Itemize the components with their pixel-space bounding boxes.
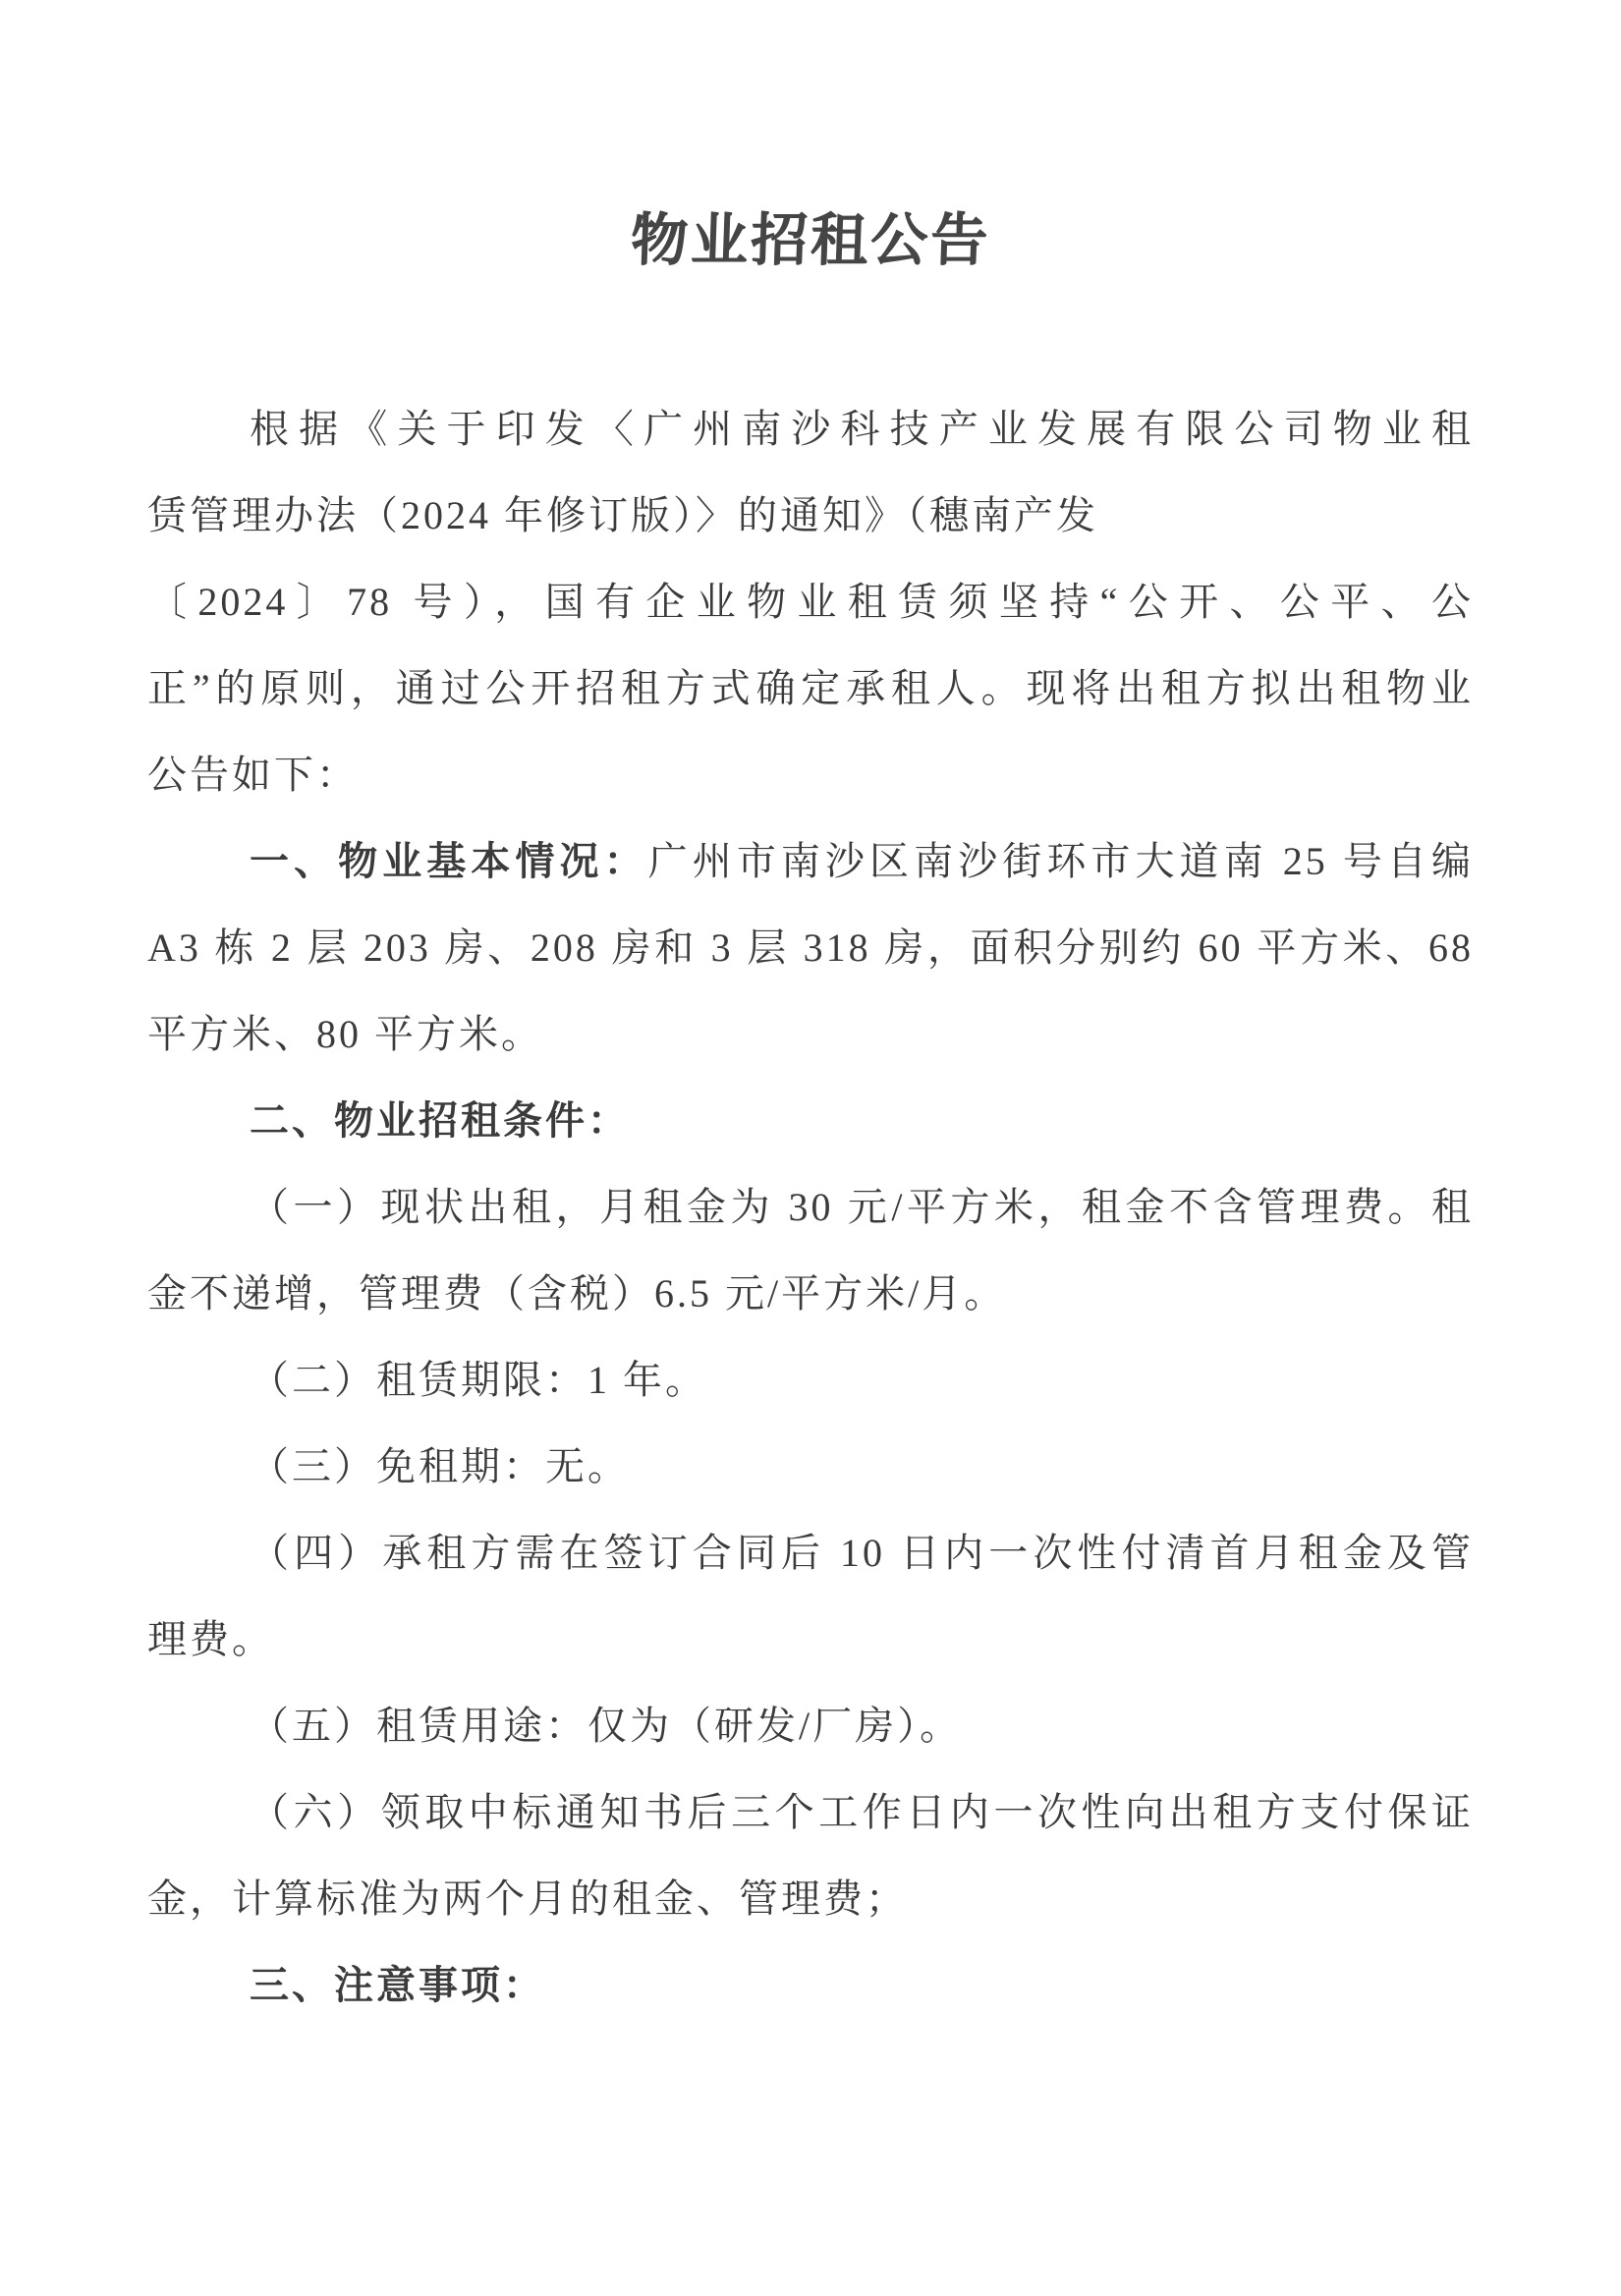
text-line: （四）承租方需在签订合同后 10 日内一次性付清首月租金及管	[147, 1510, 1474, 1596]
bold-text-segment: 三、注意事项：	[250, 1963, 545, 2007]
text-segment: 理费。	[147, 1617, 274, 1661]
text-segment: 金，计算标准为两个月的租金、管理费；	[147, 1876, 908, 1921]
text-segment: （三）免租期：无。	[250, 1444, 630, 1488]
text-line: （五）租赁用途：仅为（研发/厂房）。	[147, 1683, 1474, 1769]
text-line: 二、物业招租条件：	[147, 1078, 1474, 1164]
text-segment: （一）现状出租，月租金为 30 元/平方米，租金不含管理费。租	[250, 1185, 1474, 1229]
text-line: （一）现状出租，月租金为 30 元/平方米，租金不含管理费。租	[147, 1164, 1474, 1251]
bold-text-segment: 二、物业招租条件：	[250, 1098, 630, 1143]
text-line: 平方米、80 平方米。	[147, 991, 1474, 1078]
text-segment: 平方米、80 平方米。	[147, 1012, 543, 1056]
text-segment: （六）领取中标通知书后三个工作日内一次性向出租方支付保证	[250, 1790, 1474, 1834]
text-segment: 正”的原则，通过公开招租方式确定承租人。现将出租方拟出租物业	[147, 666, 1474, 710]
text-line: 三、注意事项：	[147, 1942, 1474, 2029]
text-segment: 〔2024〕78 号），国有企业物业租赁须坚持“公开、公平、公	[147, 580, 1474, 624]
text-line: A3 栋 2 层 203 房、208 房和 3 层 318 房，面积分别约 60…	[147, 905, 1474, 991]
text-line: 金不递增，管理费（含税）6.5 元/平方米/月。	[147, 1251, 1474, 1337]
text-line: 公告如下：	[147, 732, 1474, 818]
bold-text-segment: 一、物业基本情况：	[250, 839, 648, 883]
text-segment: （五）租赁用途：仅为（研发/厂房）。	[250, 1704, 962, 1748]
text-line: 一、物业基本情况：广州市南沙区南沙街环市大道南 25 号自编	[147, 818, 1474, 905]
text-segment: 赁管理办法（2024 年修订版）〉的通知》（穗南产发	[147, 493, 1098, 537]
document-page: 物业招租公告 根据《关于印发〈广州南沙科技产业发展有限公司物业租赁管理办法（20…	[0, 0, 1621, 2296]
text-segment: 根据《关于印发〈广州南沙科技产业发展有限公司物业租	[250, 407, 1474, 451]
text-segment: （二）租赁期限：1 年。	[250, 1358, 707, 1402]
text-line: （六）领取中标通知书后三个工作日内一次性向出租方支付保证	[147, 1769, 1474, 1856]
text-line: 金，计算标准为两个月的租金、管理费；	[147, 1856, 1474, 1942]
document-body: 根据《关于印发〈广州南沙科技产业发展有限公司物业租赁管理办法（2024 年修订版…	[147, 386, 1474, 2029]
text-line: （二）租赁期限：1 年。	[147, 1337, 1474, 1424]
text-segment: A3 栋 2 层 203 房、208 房和 3 层 318 房，面积分别约 60…	[147, 925, 1474, 970]
text-line: 根据《关于印发〈广州南沙科技产业发展有限公司物业租	[147, 386, 1474, 473]
text-segment: （四）承租方需在签订合同后 10 日内一次性付清首月租金及管	[250, 1531, 1474, 1575]
text-line: （三）免租期：无。	[147, 1424, 1474, 1510]
text-segment: 广州市南沙区南沙街环市大道南 25 号自编	[648, 839, 1474, 883]
text-segment: 金不递增，管理费（含税）6.5 元/平方米/月。	[147, 1271, 1006, 1316]
text-segment: 公告如下：	[147, 753, 359, 797]
text-line: 正”的原则，通过公开招租方式确定承租人。现将出租方拟出租物业	[147, 645, 1474, 732]
text-line: 〔2024〕78 号），国有企业物业租赁须坚持“公开、公平、公	[147, 559, 1474, 645]
document-title: 物业招租公告	[0, 204, 1621, 277]
text-line: 赁管理办法（2024 年修订版）〉的通知》（穗南产发	[147, 473, 1474, 559]
text-line: 理费。	[147, 1596, 1474, 1683]
